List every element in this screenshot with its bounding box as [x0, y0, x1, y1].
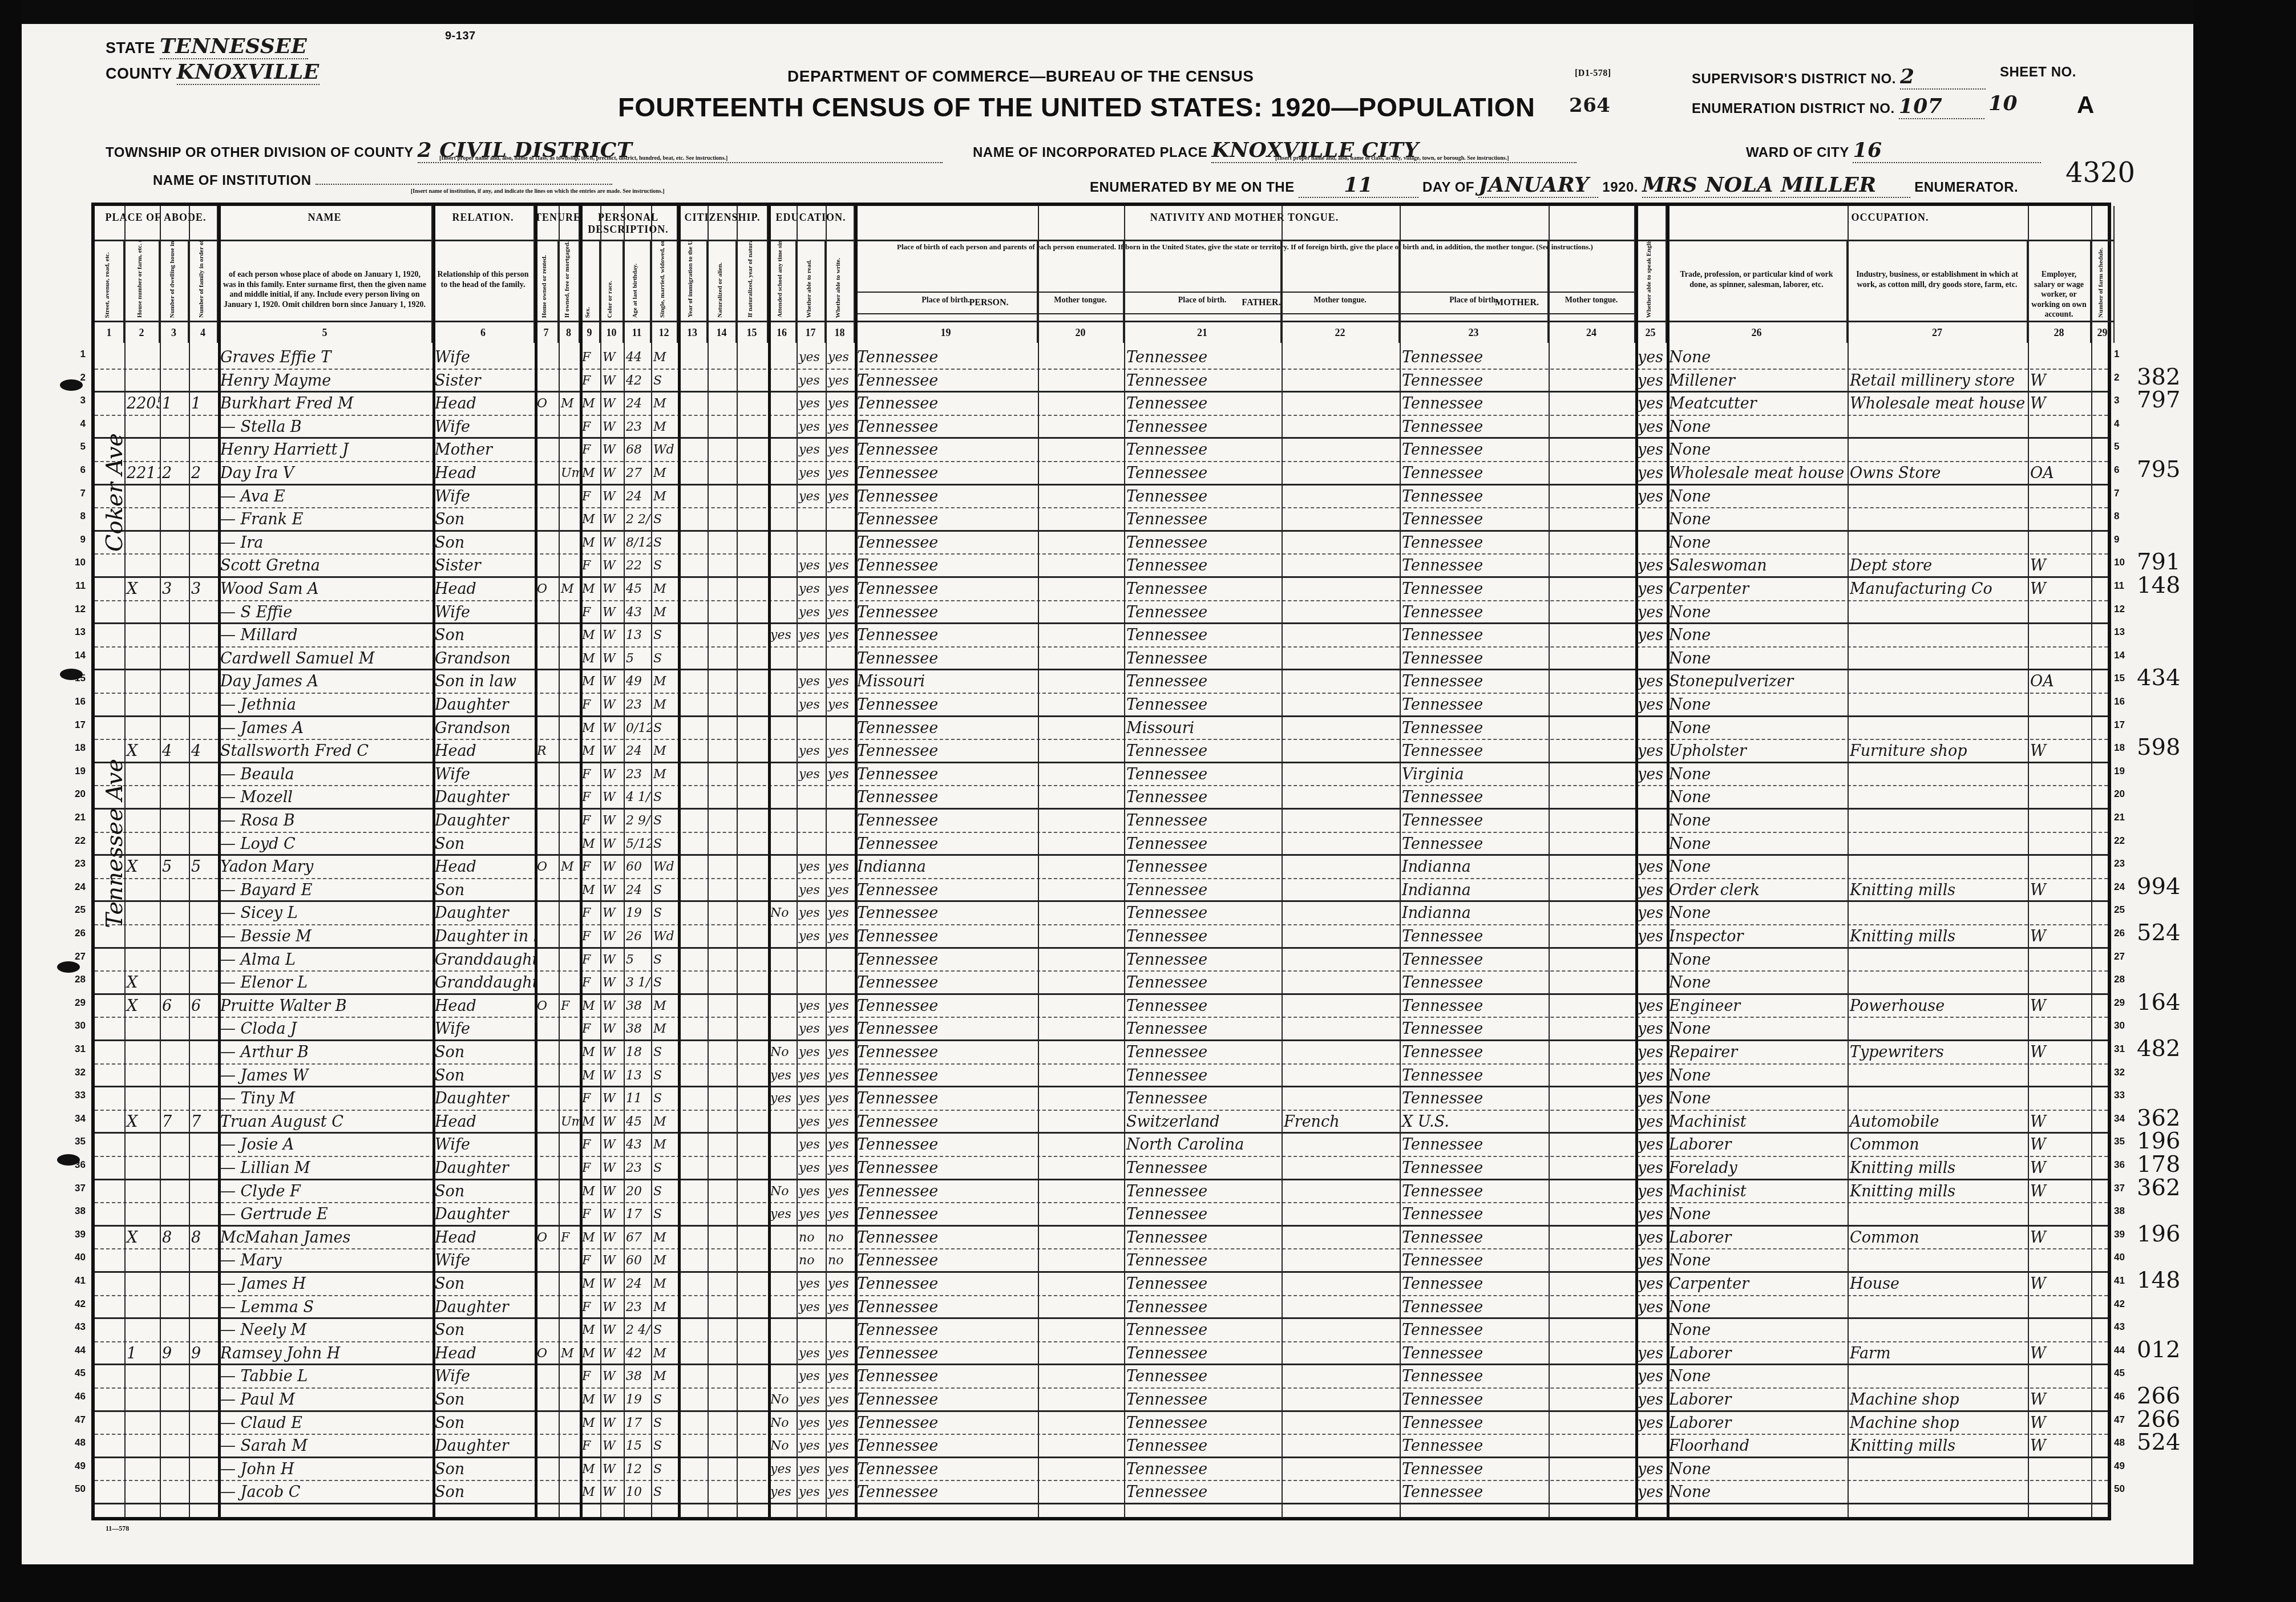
- cell-dw: [160, 1157, 189, 1179]
- table-row: — Lemma SDaughterFW23MyesyesTennesseeTen…: [95, 1296, 2108, 1320]
- cell-race: W: [600, 810, 624, 832]
- cell-industry: House: [1848, 1273, 2028, 1295]
- cell-ms: M: [651, 670, 678, 693]
- cell-house: [124, 1018, 160, 1039]
- cell-industry: [1848, 508, 2028, 530]
- table-row: — James WSonMW13SyesyesyesTennesseeTenne…: [95, 1065, 2108, 1088]
- cell-ms: S: [651, 902, 678, 924]
- cell-house: X: [124, 972, 160, 993]
- cell-sex: M: [580, 1481, 600, 1503]
- cell-house: 1: [124, 1342, 160, 1364]
- table-row: — Sarah MDaughterFW15SNoyesyesTennesseeT…: [95, 1435, 2108, 1458]
- enumerated-label: ENUMERATED BY ME ON THE: [1090, 180, 1295, 195]
- cell-eng: yes: [1635, 578, 1667, 600]
- cell-fpob: Tennessee: [1124, 1458, 1282, 1480]
- cell-sex: M: [580, 833, 600, 855]
- cell-sex: F: [580, 601, 600, 623]
- cell-dw: [160, 1319, 189, 1341]
- cell-class: W: [2028, 370, 2091, 391]
- cell-write: yes: [826, 1203, 855, 1225]
- cell-read: yes: [797, 879, 826, 901]
- cell-class: W: [2028, 995, 2091, 1017]
- cell-fmt: [1282, 856, 1400, 878]
- line-number-right: 9: [2114, 534, 2119, 545]
- cell-mpob: Tennessee: [1400, 1342, 1549, 1364]
- cell-mpob: Tennessee: [1400, 532, 1549, 554]
- cell-house: [124, 1041, 160, 1063]
- cell-mort: [559, 1134, 580, 1156]
- cell-house: [124, 879, 160, 901]
- cell-mort: [559, 810, 580, 832]
- cell-school: [768, 879, 797, 901]
- cell-trade: None: [1667, 416, 1848, 438]
- cell-race: W: [600, 578, 624, 600]
- column-header-16: Attended school any time since Sept. 1, …: [768, 241, 797, 343]
- ward-field: WARD OF CITY 16: [1746, 138, 2041, 163]
- cell-pob: Tennessee: [855, 1412, 1038, 1434]
- cell-eng: yes: [1635, 439, 1667, 461]
- cell-write: [826, 717, 855, 739]
- table-row: — James AGrandsonMW0/12STennesseeMissour…: [95, 717, 2108, 741]
- column-label: Trade, profession, or particular kind of…: [1670, 270, 1843, 290]
- sheet-number-label: SHEET NO.: [2000, 64, 2076, 80]
- cell-own: [535, 1319, 559, 1341]
- cell-trade: Carpenter: [1667, 578, 1848, 600]
- cell-write: yes: [826, 1435, 855, 1457]
- cell-write: no: [826, 1249, 855, 1271]
- cell-own: O: [535, 1342, 559, 1364]
- cell-house: [124, 786, 160, 808]
- cell-class: [2028, 508, 2091, 530]
- line-number-right: 43: [2114, 1321, 2125, 1333]
- cell-rel: Son: [432, 1180, 535, 1203]
- cell-mpob: Tennessee: [1400, 624, 1549, 646]
- group-title: TENURE.: [535, 212, 579, 224]
- cell-industry: [1848, 439, 2028, 461]
- cell-industry: [1848, 1065, 2028, 1086]
- cell-mpob: Tennessee: [1400, 740, 1549, 762]
- state-label: STATE: [106, 39, 155, 56]
- cell-mort: [559, 1065, 580, 1086]
- occupation-code: 196: [2137, 1128, 2180, 1154]
- cell-ms: S: [651, 1087, 678, 1110]
- cell-pob: Tennessee: [855, 1389, 1038, 1410]
- cell-sex: F: [580, 694, 600, 715]
- cell-name: — Stella B: [218, 416, 432, 438]
- cell-trade: None: [1667, 1249, 1848, 1271]
- column-divider: [535, 206, 537, 1517]
- cell-house: [124, 949, 160, 971]
- cell-fmt: [1282, 439, 1400, 461]
- cell-eng: yes: [1635, 1203, 1667, 1225]
- table-row: — Lillian MDaughterFW23SyesyesTennesseeT…: [95, 1157, 2108, 1180]
- cell-own: [535, 1087, 559, 1110]
- column-divider: [797, 206, 798, 1517]
- cell-school: yes: [768, 624, 797, 646]
- cell-sex: M: [580, 393, 600, 415]
- cell-school: [768, 648, 797, 669]
- cell-eng: yes: [1635, 1227, 1667, 1249]
- cell-class: [2028, 1458, 2091, 1480]
- cell-school: [768, 1157, 797, 1179]
- cell-own: O: [535, 995, 559, 1017]
- cell-rel: Wife: [432, 416, 535, 438]
- cell-race: W: [600, 717, 624, 739]
- cell-fam: 5: [189, 856, 218, 878]
- supervisor-district-field: SUPERVISOR'S DISTRICT NO. 2: [1692, 64, 1986, 90]
- cell-mort: [559, 1018, 580, 1039]
- cell-dw: [160, 624, 189, 646]
- cell-industry: [1848, 532, 2028, 554]
- cell-age: 38: [624, 1365, 651, 1387]
- cell-ms: S: [651, 1389, 678, 1410]
- name-group-header: NAME: [218, 206, 432, 241]
- column-header-14: Naturalized or alien.14: [708, 241, 737, 343]
- cell-pob: Tennessee: [855, 508, 1038, 530]
- group-title: NATIVITY AND MOTHER TONGUE.: [855, 212, 1634, 224]
- cell-rel: Head: [432, 393, 535, 415]
- cell-race: W: [600, 1203, 624, 1225]
- cell-dw: 2: [160, 462, 189, 484]
- cell-class: [2028, 624, 2091, 646]
- cell-pob: Tennessee: [855, 972, 1038, 993]
- cell-mort: [559, 1041, 580, 1063]
- cell-fmt: [1282, 879, 1400, 901]
- column-divider: [1848, 206, 1849, 1517]
- cell-age: 19: [624, 1389, 651, 1410]
- column-header-7: Home owned or rented.7: [535, 241, 559, 343]
- cell-house: X: [124, 856, 160, 878]
- cell-race: W: [600, 740, 624, 762]
- column-header-25: Whether able to speak English.25: [1635, 241, 1667, 343]
- cell-sex: F: [580, 346, 600, 369]
- cell-mort: [559, 972, 580, 993]
- column-divider: [600, 206, 601, 1517]
- column-label: Whether able to speak English.: [1646, 241, 1652, 318]
- cell-fpob: Tennessee: [1124, 740, 1282, 762]
- cell-dw: [160, 555, 189, 576]
- cell-class: [2028, 416, 2091, 438]
- cell-house: X: [124, 1111, 160, 1132]
- cell-rel: Daughter in law: [432, 925, 535, 947]
- column-label: Whether able to read.: [806, 260, 813, 318]
- cell-fpob: Tennessee: [1124, 694, 1282, 715]
- cell-fmt: [1282, 972, 1400, 993]
- cell-pob: Tennessee: [855, 1018, 1038, 1039]
- cell-eng: yes: [1635, 763, 1667, 786]
- cell-rel: Son: [432, 508, 535, 530]
- cell-class: [2028, 949, 2091, 971]
- cell-ms: M: [651, 462, 678, 484]
- cell-sex: F: [580, 1203, 600, 1225]
- cell-own: O: [535, 1227, 559, 1249]
- line-number-right: 12: [2114, 604, 2125, 615]
- occupation-code: 148: [2137, 572, 2180, 598]
- cell-fam: [189, 1065, 218, 1086]
- cell-school: [768, 346, 797, 369]
- cell-trade: None: [1667, 902, 1848, 924]
- cell-fam: [189, 346, 218, 369]
- table-row: — Sicey LDaughterFW19SNoyesyesTennesseeT…: [95, 902, 2108, 925]
- cell-house: [124, 1087, 160, 1110]
- cell-fam: [189, 786, 218, 808]
- cell-write: yes: [826, 1412, 855, 1434]
- cell-name: Stallsworth Fred C: [218, 740, 432, 762]
- cell-read: [797, 508, 826, 530]
- cell-pob: Tennessee: [855, 370, 1038, 391]
- cell-dw: [160, 879, 189, 901]
- cell-race: W: [600, 902, 624, 924]
- cell-class: [2028, 1296, 2091, 1318]
- cell-eng: yes: [1635, 1249, 1667, 1271]
- cell-pob: Tennessee: [855, 1111, 1038, 1132]
- cell-fam: [189, 1087, 218, 1110]
- cell-school: yes: [768, 1458, 797, 1480]
- cell-class: [2028, 786, 2091, 808]
- cell-read: yes: [797, 393, 826, 415]
- column-number: 15: [737, 321, 767, 343]
- column-header-17: Whether able to read.17: [797, 241, 826, 343]
- occupation-code: 196: [2137, 1221, 2180, 1247]
- cell-sex: F: [580, 486, 600, 508]
- cell-sex: M: [580, 1412, 600, 1434]
- table-row: 199Ramsey John HHeadOMMW42MyesyesTenness…: [95, 1342, 2108, 1366]
- cell-name: — Lillian M: [218, 1157, 432, 1179]
- occupation-code: 482: [2137, 1035, 2180, 1062]
- cell-school: [768, 1342, 797, 1364]
- cell-house: [124, 1203, 160, 1225]
- cell-school: [768, 1227, 797, 1249]
- cell-class: W: [2028, 1273, 2091, 1295]
- cell-school: [768, 578, 797, 600]
- cell-read: yes: [797, 1458, 826, 1480]
- cell-industry: Typewriters: [1848, 1041, 2028, 1063]
- table-row: Day James ASon in lawMW49MyesyesMissouri…: [95, 670, 2108, 694]
- cell-mpob: X U.S.: [1400, 1111, 1549, 1132]
- cell-age: 43: [624, 1134, 651, 1156]
- cell-mort: [559, 1249, 580, 1271]
- cell-house: [124, 1458, 160, 1480]
- cell-pob: Tennessee: [855, 601, 1038, 623]
- cell-write: [826, 648, 855, 669]
- cell-rel: Head: [432, 1227, 535, 1249]
- cell-race: W: [600, 1481, 624, 1503]
- cell-own: O: [535, 856, 559, 878]
- column-header-11: Age at last birthday.11: [624, 241, 651, 343]
- column-header-24: Mother tongue.24: [1549, 241, 1635, 343]
- cell-own: [535, 486, 559, 508]
- education-group-header: EDUCATION.: [768, 206, 855, 241]
- cell-own: [535, 1111, 559, 1132]
- cell-race: W: [600, 555, 624, 576]
- cell-race: W: [600, 1412, 624, 1434]
- column-label: Whether able to write.: [835, 258, 842, 318]
- cell-fpob: Tennessee: [1124, 949, 1282, 971]
- cell-ms: S: [651, 879, 678, 901]
- cell-rel: Head: [432, 1111, 535, 1132]
- enumeration-date-field: ENUMERATED BY ME ON THE 11 DAY OF Januar…: [1090, 173, 2018, 198]
- cell-mpob: Tennessee: [1400, 439, 1549, 461]
- cell-rel: Son: [432, 1412, 535, 1434]
- cell-name: Day James A: [218, 670, 432, 693]
- cell-trade: None: [1667, 949, 1848, 971]
- cell-ms: M: [651, 694, 678, 715]
- column-number: 18: [826, 321, 854, 343]
- cell-fmt: [1282, 670, 1400, 693]
- column-header-13: Year of immigration to the United States…: [678, 241, 708, 343]
- cell-fpob: Tennessee: [1124, 1180, 1282, 1203]
- cell-trade: None: [1667, 810, 1848, 832]
- cell-read: yes: [797, 601, 826, 623]
- cell-read: [797, 833, 826, 855]
- column-number: 17: [797, 321, 824, 343]
- cell-trade: Inspector: [1667, 925, 1848, 947]
- cell-fam: [189, 1435, 218, 1457]
- footer-code: 11—578: [106, 1524, 129, 1533]
- occupation-code: 524: [2137, 920, 2180, 946]
- occupation-code: 797: [2137, 387, 2180, 413]
- group-title: EDUCATION.: [768, 212, 854, 224]
- line-number-right: 2: [2114, 372, 2119, 383]
- column-number: 7: [535, 321, 557, 343]
- cell-dw: [160, 486, 189, 508]
- cell-industry: [1848, 601, 2028, 623]
- cell-mort: [559, 670, 580, 693]
- cell-read: yes: [797, 1087, 826, 1110]
- cell-dw: [160, 902, 189, 924]
- cell-write: yes: [826, 1157, 855, 1179]
- margin-number: 4320: [2065, 157, 2135, 189]
- cell-rel: Sister: [432, 555, 535, 576]
- column-label: Age at last birthday.: [632, 264, 638, 318]
- table-row: — Stella BWifeFW23MyesyesTennesseeTennes…: [95, 416, 2108, 439]
- cell-mort: [559, 601, 580, 623]
- cell-class: [2028, 902, 2091, 924]
- cell-dw: [160, 1435, 189, 1457]
- cell-dw: [160, 972, 189, 993]
- cell-write: yes: [826, 763, 855, 786]
- cell-house: [124, 1412, 160, 1434]
- cell-trade: Upholster: [1667, 740, 1848, 762]
- cell-sex: F: [580, 1365, 600, 1387]
- cell-race: W: [600, 1180, 624, 1203]
- cell-write: yes: [826, 1458, 855, 1480]
- cell-fpob: Tennessee: [1124, 763, 1282, 786]
- cell-age: 5: [624, 648, 651, 669]
- cell-mpob: Tennessee: [1400, 508, 1549, 530]
- cell-school: [768, 833, 797, 855]
- cell-industry: Wholesale meat house: [1848, 393, 2028, 415]
- cell-ms: M: [651, 486, 678, 508]
- cell-class: W: [2028, 740, 2091, 762]
- cell-name: Yadon Mary: [218, 856, 432, 878]
- line-number-right: 32: [2114, 1067, 2125, 1078]
- cell-fmt: [1282, 1087, 1400, 1110]
- table-row: — MillardSonMW13SyesyesyesTennesseeTenne…: [95, 624, 2108, 648]
- cell-trade: Laborer: [1667, 1227, 1848, 1249]
- cell-mort: [559, 1458, 580, 1480]
- cell-eng: [1635, 786, 1667, 808]
- cell-house: [124, 902, 160, 924]
- table-row: — Bessie MDaughter in lawFW26WdyesyesTen…: [95, 925, 2108, 949]
- column-number: 19: [855, 321, 1037, 343]
- cell-read: yes: [797, 439, 826, 461]
- cell-mort: M: [559, 393, 580, 415]
- cell-age: 13: [624, 1065, 651, 1086]
- cell-fpob: Tennessee: [1124, 370, 1282, 391]
- cell-pob: Tennessee: [855, 1458, 1038, 1480]
- cell-rel: Daughter: [432, 1435, 535, 1457]
- cell-mpob: Tennessee: [1400, 578, 1549, 600]
- cell-race: W: [600, 1342, 624, 1364]
- cell-fam: [189, 1458, 218, 1480]
- cell-house: [124, 370, 160, 391]
- cell-eng: yes: [1635, 925, 1667, 947]
- cell-trade: None: [1667, 1365, 1848, 1387]
- cell-school: [768, 508, 797, 530]
- column-number: 6: [432, 321, 533, 343]
- cell-read: yes: [797, 740, 826, 762]
- cell-trade: None: [1667, 1319, 1848, 1341]
- cell-rel: Son: [432, 1481, 535, 1503]
- cell-eng: yes: [1635, 670, 1667, 693]
- cell-mort: [559, 1319, 580, 1341]
- cell-fpob: Tennessee: [1124, 1365, 1282, 1387]
- institution-label: NAME OF INSTITUTION: [153, 173, 311, 188]
- cell-name: — Cloda J: [218, 1018, 432, 1039]
- cell-ms: S: [651, 532, 678, 554]
- group-title: CITIZENSHIP.: [678, 212, 767, 224]
- cell-race: W: [600, 346, 624, 369]
- column-label: Color or race.: [607, 281, 613, 318]
- cell-age: 4 1/12: [624, 786, 651, 808]
- cell-own: [535, 949, 559, 971]
- personal-description-group-header: PERSONAL DESCRIPTION.: [580, 206, 678, 241]
- cell-read: yes: [797, 694, 826, 715]
- cell-class: W: [2028, 1435, 2091, 1457]
- cell-read: yes: [797, 925, 826, 947]
- form-title: FOURTEENTH CENSUS OF THE UNITED STATES: …: [618, 91, 1535, 123]
- cell-pob: Tennessee: [855, 995, 1038, 1017]
- cell-name: Graves Effie T: [218, 346, 432, 369]
- column-header-15: If naturalized, year of naturalization.1…: [737, 241, 768, 343]
- cell-race: W: [600, 949, 624, 971]
- cell-mpob: Tennessee: [1400, 925, 1549, 947]
- cell-read: yes: [797, 670, 826, 693]
- occupation-code: 791: [2137, 549, 2180, 575]
- cell-trade: Millener: [1667, 370, 1848, 391]
- column-number: 23: [1400, 321, 1547, 343]
- cell-fpob: Tennessee: [1124, 1203, 1282, 1225]
- cell-pob: Tennessee: [855, 1273, 1038, 1295]
- cell-write: [826, 810, 855, 832]
- cell-sex: F: [580, 1157, 600, 1179]
- cell-mpob: Tennessee: [1400, 995, 1549, 1017]
- cell-school: [768, 925, 797, 947]
- cell-dw: 7: [160, 1111, 189, 1132]
- cell-write: yes: [826, 1087, 855, 1110]
- cell-age: 24: [624, 393, 651, 415]
- cell-fam: [189, 648, 218, 669]
- column-divider: [559, 206, 560, 1517]
- cell-read: [797, 810, 826, 832]
- cell-age: 24: [624, 1273, 651, 1295]
- cell-name: — Josie A: [218, 1134, 432, 1156]
- cell-read: yes: [797, 486, 826, 508]
- cell-mort: [559, 1296, 580, 1318]
- cell-mort: [559, 949, 580, 971]
- cell-age: 67: [624, 1227, 651, 1249]
